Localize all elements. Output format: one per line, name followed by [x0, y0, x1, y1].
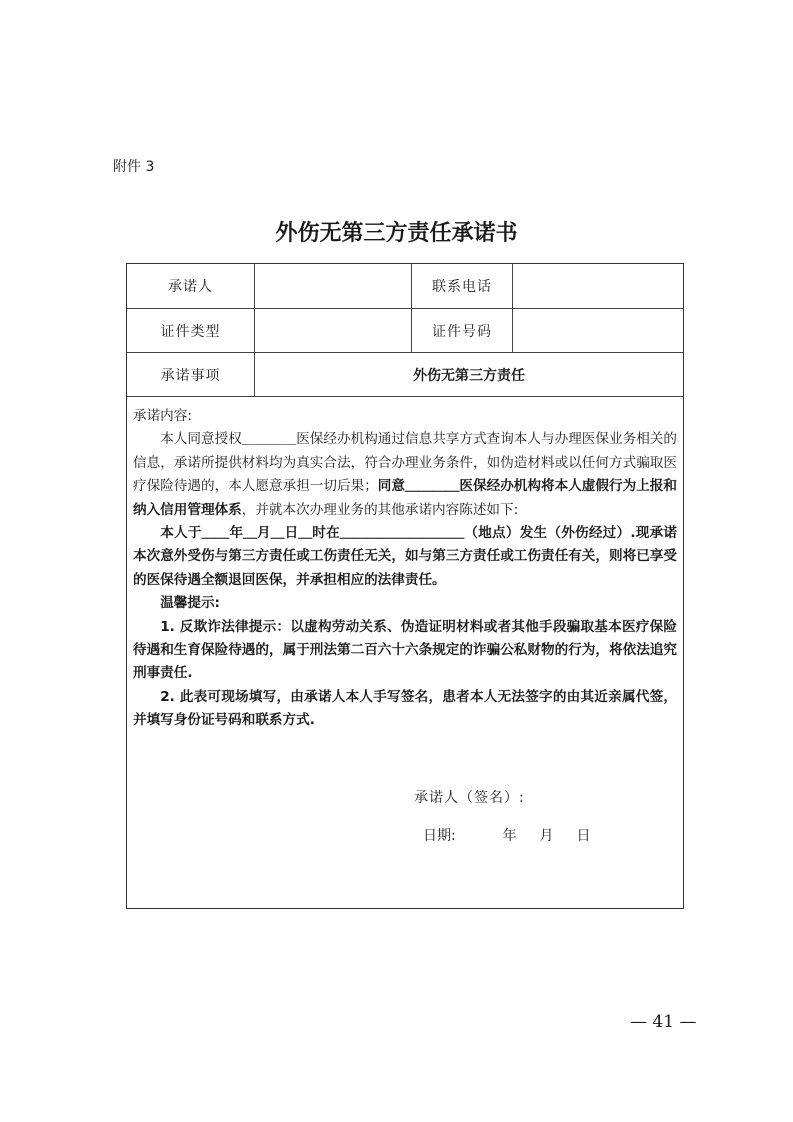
- phone-label: 联系电话: [412, 264, 513, 308]
- matter-value: 外伤无第三方责任: [255, 353, 683, 396]
- form-row-id: 证件类型 证件号码: [127, 309, 683, 353]
- signature-label[interactable]: 承诺人（签名）:: [414, 787, 525, 807]
- id-type-label: 证件类型: [127, 309, 255, 352]
- injury-statement-paragraph: 本人于＿＿年＿月＿日＿时在＿＿＿＿＿＿＿＿＿（地点）发生（外伤经过）.现承诺本次…: [133, 522, 677, 592]
- date-year: 年: [503, 825, 517, 845]
- date-label: 日期:: [423, 825, 456, 845]
- page-number: — 41 —: [630, 1012, 696, 1032]
- authorization-paragraph: 本人同意授权＿＿＿＿医保经办机构通过信息共享方式查询本人与办理医保业务相关的信息…: [133, 428, 677, 522]
- date-month: 月: [540, 825, 554, 845]
- form-row-matter: 承诺事项 外伤无第三方责任: [127, 353, 683, 397]
- signature-date[interactable]: 日期: 年 月 日: [423, 825, 590, 845]
- document-title: 外伤无第三方责任承诺书: [0, 216, 793, 247]
- attachment-label: 附件 3: [113, 156, 154, 176]
- date-day: 日: [576, 825, 590, 845]
- phone-field[interactable]: [513, 264, 683, 308]
- id-number-field[interactable]: [513, 309, 683, 352]
- tip-signature: 2. 此表可现场填写，由承诺人本人手写签名，患者本人无法签字的由其近亲属代签，并…: [133, 686, 677, 733]
- id-number-label: 证件号码: [412, 309, 513, 352]
- id-type-field[interactable]: [255, 309, 412, 352]
- matter-label: 承诺事项: [127, 353, 255, 396]
- promisor-label: 承诺人: [127, 264, 255, 308]
- form-row-promisor: 承诺人 联系电话: [127, 264, 683, 309]
- content-heading: 承诺内容:: [133, 405, 677, 428]
- promisor-field[interactable]: [255, 264, 412, 308]
- commitment-form: 承诺人 联系电话 证件类型 证件号码 承诺事项 外伤无第三方责任 承诺内容: 本…: [126, 263, 684, 909]
- tip-anti-fraud: 1. 反欺诈法律提示：以虚构劳动关系、伪造证明材料或者其他手段骗取基本医疗保险待…: [133, 616, 677, 686]
- commitment-content: 承诺内容: 本人同意授权＿＿＿＿医保经办机构通过信息共享方式查询本人与办理医保业…: [127, 397, 683, 908]
- tips-heading: 温馨提示:: [133, 592, 677, 615]
